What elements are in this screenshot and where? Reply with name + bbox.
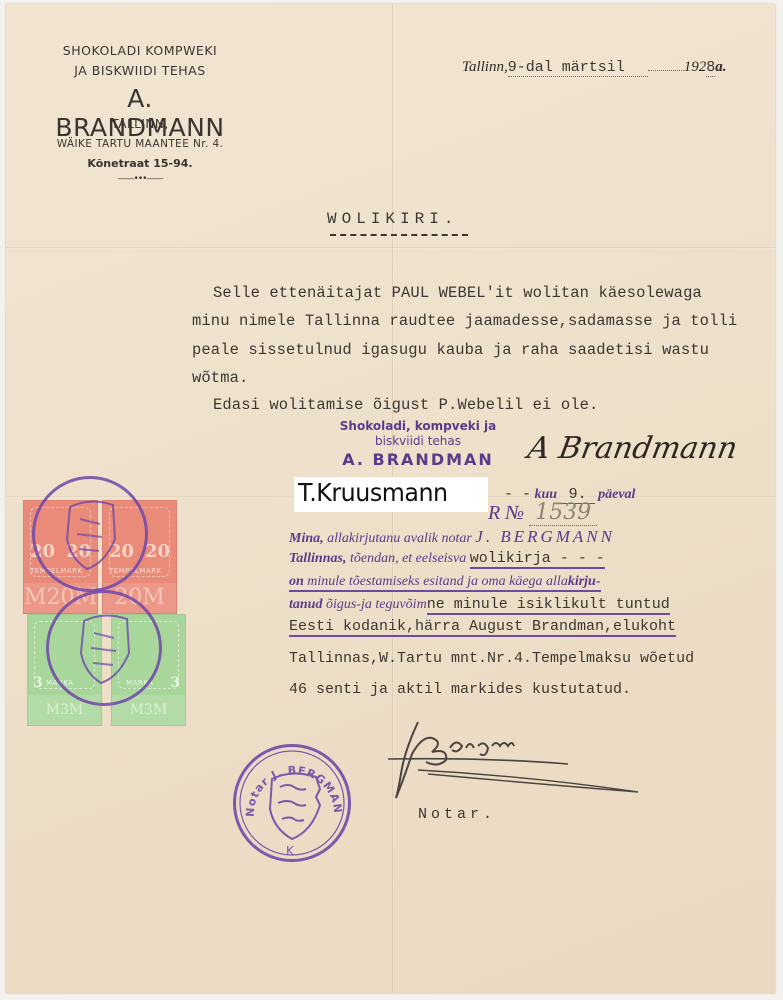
company-stamp-line2: biskviidi tehas <box>338 434 498 448</box>
date-place: Tallinn, <box>462 59 508 75</box>
cancellation-seal-lower <box>46 590 162 706</box>
seal-letter: K <box>286 844 295 858</box>
notary-line1-bold: Mina, <box>289 531 324 546</box>
notary-line2-bold: Tallinnas, <box>289 551 346 566</box>
body-line-1: Selle ettenäitajat PAUL WEBEL'it wolitan… <box>213 284 702 302</box>
body-line-4: wõtma. <box>192 369 248 387</box>
notary-line3-bold: on <box>289 574 304 589</box>
notary-seal: K Notar J. BERGMANN Tallinnas <box>233 744 351 862</box>
body-line-3: peale sissetulnud igasugu kauba ja raha … <box>192 341 709 359</box>
notary-line4-typed: ne minule isiklikult tuntud <box>427 596 670 615</box>
horizontal-fold-line <box>6 247 775 249</box>
notary-line2-typed: wolikirja - - - <box>470 550 605 569</box>
overlay-label-text: T.Kruusmann <box>298 478 448 507</box>
seal-shield-icon <box>35 479 145 589</box>
notary-line3-bold-end: kirju- <box>568 574 601 589</box>
body-line-5: Edasi wolitamise õigust P.Webelil ei ole… <box>213 396 598 414</box>
date-line: Tallinn,9-dal märtsil1928a. <box>462 59 726 77</box>
notary-line2-text: tõendan, et eelseisva <box>346 551 469 566</box>
date-dots <box>648 70 684 71</box>
notary-line-6: Tallinnas,W.Tartu mnt.Nr.4.Tempelmaksu w… <box>289 650 694 667</box>
register-number: 1539 <box>529 500 597 526</box>
letterhead-phone: Kõnetraat 15-94. <box>40 157 240 170</box>
notary-line-1: Mina, allakirjutanu avalik notar J. BERG… <box>289 527 615 547</box>
notary-line4-text: õigus-ja teguvõim <box>322 597 426 612</box>
issuer-signature: A Brandmann <box>525 431 740 466</box>
notary-line3-text: minule tõestamiseks esitand ja oma käega… <box>304 574 568 589</box>
letterhead-line1: SHOKOLADI KOMPWEKI <box>40 43 240 58</box>
notary-label: Notar. <box>418 806 496 823</box>
title-underline <box>330 234 468 236</box>
stamp-value: 20 <box>145 541 170 562</box>
notary-signature-icon <box>388 718 648 808</box>
letterhead-ornament: ——•••—— <box>40 174 240 184</box>
date-year-prefix: 192 <box>684 59 707 75</box>
body-line-2: minu nimele Tallinna raudtee jaamadesse,… <box>192 312 737 330</box>
date-era: a. <box>715 59 726 75</box>
letterhead-city: TALLINN, <box>40 117 240 131</box>
register-prefix: R № <box>488 502 524 524</box>
letterhead-line2: JA BISKWIIDI TEHAS <box>40 63 240 78</box>
notary-name: J. BERGMANN <box>475 527 615 546</box>
notary-line-5: Eesti kodanik,härra August Brandman,eluk… <box>289 618 676 637</box>
document-title: WOLIKIRI. <box>327 210 458 228</box>
letterhead-address: WÄIKE TARTU MAANTEE Nr. 4. <box>40 138 240 150</box>
company-stamp-line1: Shokoladi, kompveki ja <box>338 419 498 433</box>
notary-day-word: päeval <box>598 487 635 502</box>
seal-shield-icon <box>49 593 159 703</box>
letterhead-company-name: A. BRANDMANN <box>40 84 240 142</box>
notary-line4-bold: tanud <box>289 597 322 612</box>
date-day-month: 9-dal märtsil <box>508 59 648 77</box>
company-stamp-line3: A. BRANDMAN <box>338 450 498 469</box>
notary-line-7: 46 senti ja aktil markides kustutatud. <box>289 681 631 698</box>
notary-register: R № 1539 <box>488 500 597 525</box>
stamp-value: 3 <box>33 675 43 691</box>
date-year-suffix: 8 <box>706 59 715 77</box>
cancellation-seal-upper <box>32 476 148 592</box>
notary-line-4: tanud õigus-ja teguvõimne minule isiklik… <box>289 596 670 613</box>
notary-line1-text: allakirjutanu avalik notar <box>324 531 476 546</box>
stamp-value: 3 <box>170 675 180 691</box>
notary-line-2: Tallinnas, tõendan, et eelseisva wolikir… <box>289 550 605 567</box>
notary-seal-emblem-icon: K Notar J. BERGMANN Tallinnas <box>236 747 348 859</box>
svg-text:Notar J. BERGMANN Tallinnas: Notar J. BERGMANN Tallinnas <box>236 747 344 817</box>
notary-line-3: on minule tõestamiseks esitand ja oma kä… <box>289 574 601 592</box>
